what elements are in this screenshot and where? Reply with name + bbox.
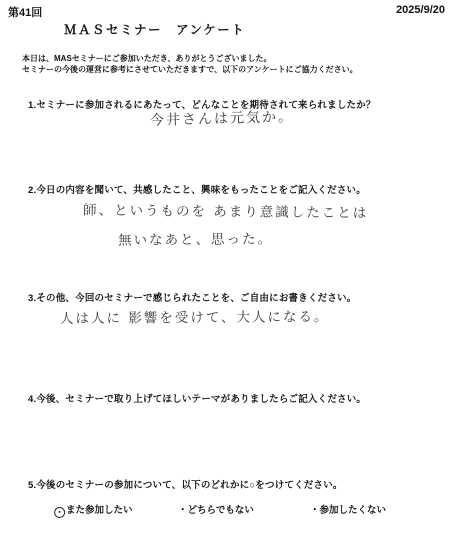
- option-label: また参加したい: [66, 505, 133, 516]
- handwritten-selection-circle-icon: ・: [53, 506, 65, 518]
- intro-line-2: セミナーの今後の運営に参考にさせていただきますで、以下のアンケートにご協力くださ…: [22, 64, 358, 75]
- question-1-handwritten-answer: 今井さんは元気か。: [150, 106, 294, 130]
- question-5-options-row: ・また参加したい ・どちらでもない ・参加したくない: [0, 502, 451, 524]
- option-label: どちらでもない: [188, 505, 254, 516]
- intro-line-1: 本日は、MASセミナーにご参加いただき、ありがとうございました。: [22, 53, 358, 64]
- question-2-handwritten-answer-line-1: 師、というものを あまり意識したことは: [83, 199, 368, 222]
- option-do-not-want-to-attend: ・参加したくない: [310, 502, 386, 520]
- option-label: 参加したくない: [320, 505, 387, 516]
- option-bullet: ・: [178, 505, 188, 516]
- page-title: ＭＡＳセミナー アンケート: [64, 20, 245, 38]
- question-5-label: 5.今後のセミナーの参加について、以下のどれかに○をつけてください。: [28, 477, 343, 491]
- question-4-label: 4.今後、セミナーで取り上げてほしいテーマがありましたらご記入ください。: [28, 391, 366, 405]
- question-2-label: 2.今日の内容を聞いて、共感したこと、興味をもったことをご記入ください。: [28, 182, 366, 196]
- survey-page: 第41回 2025/9/20 ＭＡＳセミナー アンケート 本日は、MASセミナー…: [0, 0, 451, 540]
- session-number: 第41回: [8, 4, 42, 20]
- option-also-want-to-attend: ・また参加したい: [54, 502, 133, 520]
- option-bullet: ・: [310, 505, 320, 516]
- question-3-label: 3.その他、今回のセミナーで感じられたことを、ご自由にお書きください。: [28, 290, 356, 304]
- question-2-handwritten-answer-line-2: 無いなあと、思った。: [118, 227, 273, 249]
- question-3-handwritten-answer: 人は人に 影響を受けて、大人になる。: [60, 305, 330, 327]
- option-neither: ・どちらでもない: [178, 502, 254, 520]
- intro-text: 本日は、MASセミナーにご参加いただき、ありがとうございました。 セミナーの今後…: [22, 53, 358, 75]
- date-label: 2025/9/20: [396, 4, 445, 16]
- option-bullet: ・: [55, 507, 64, 516]
